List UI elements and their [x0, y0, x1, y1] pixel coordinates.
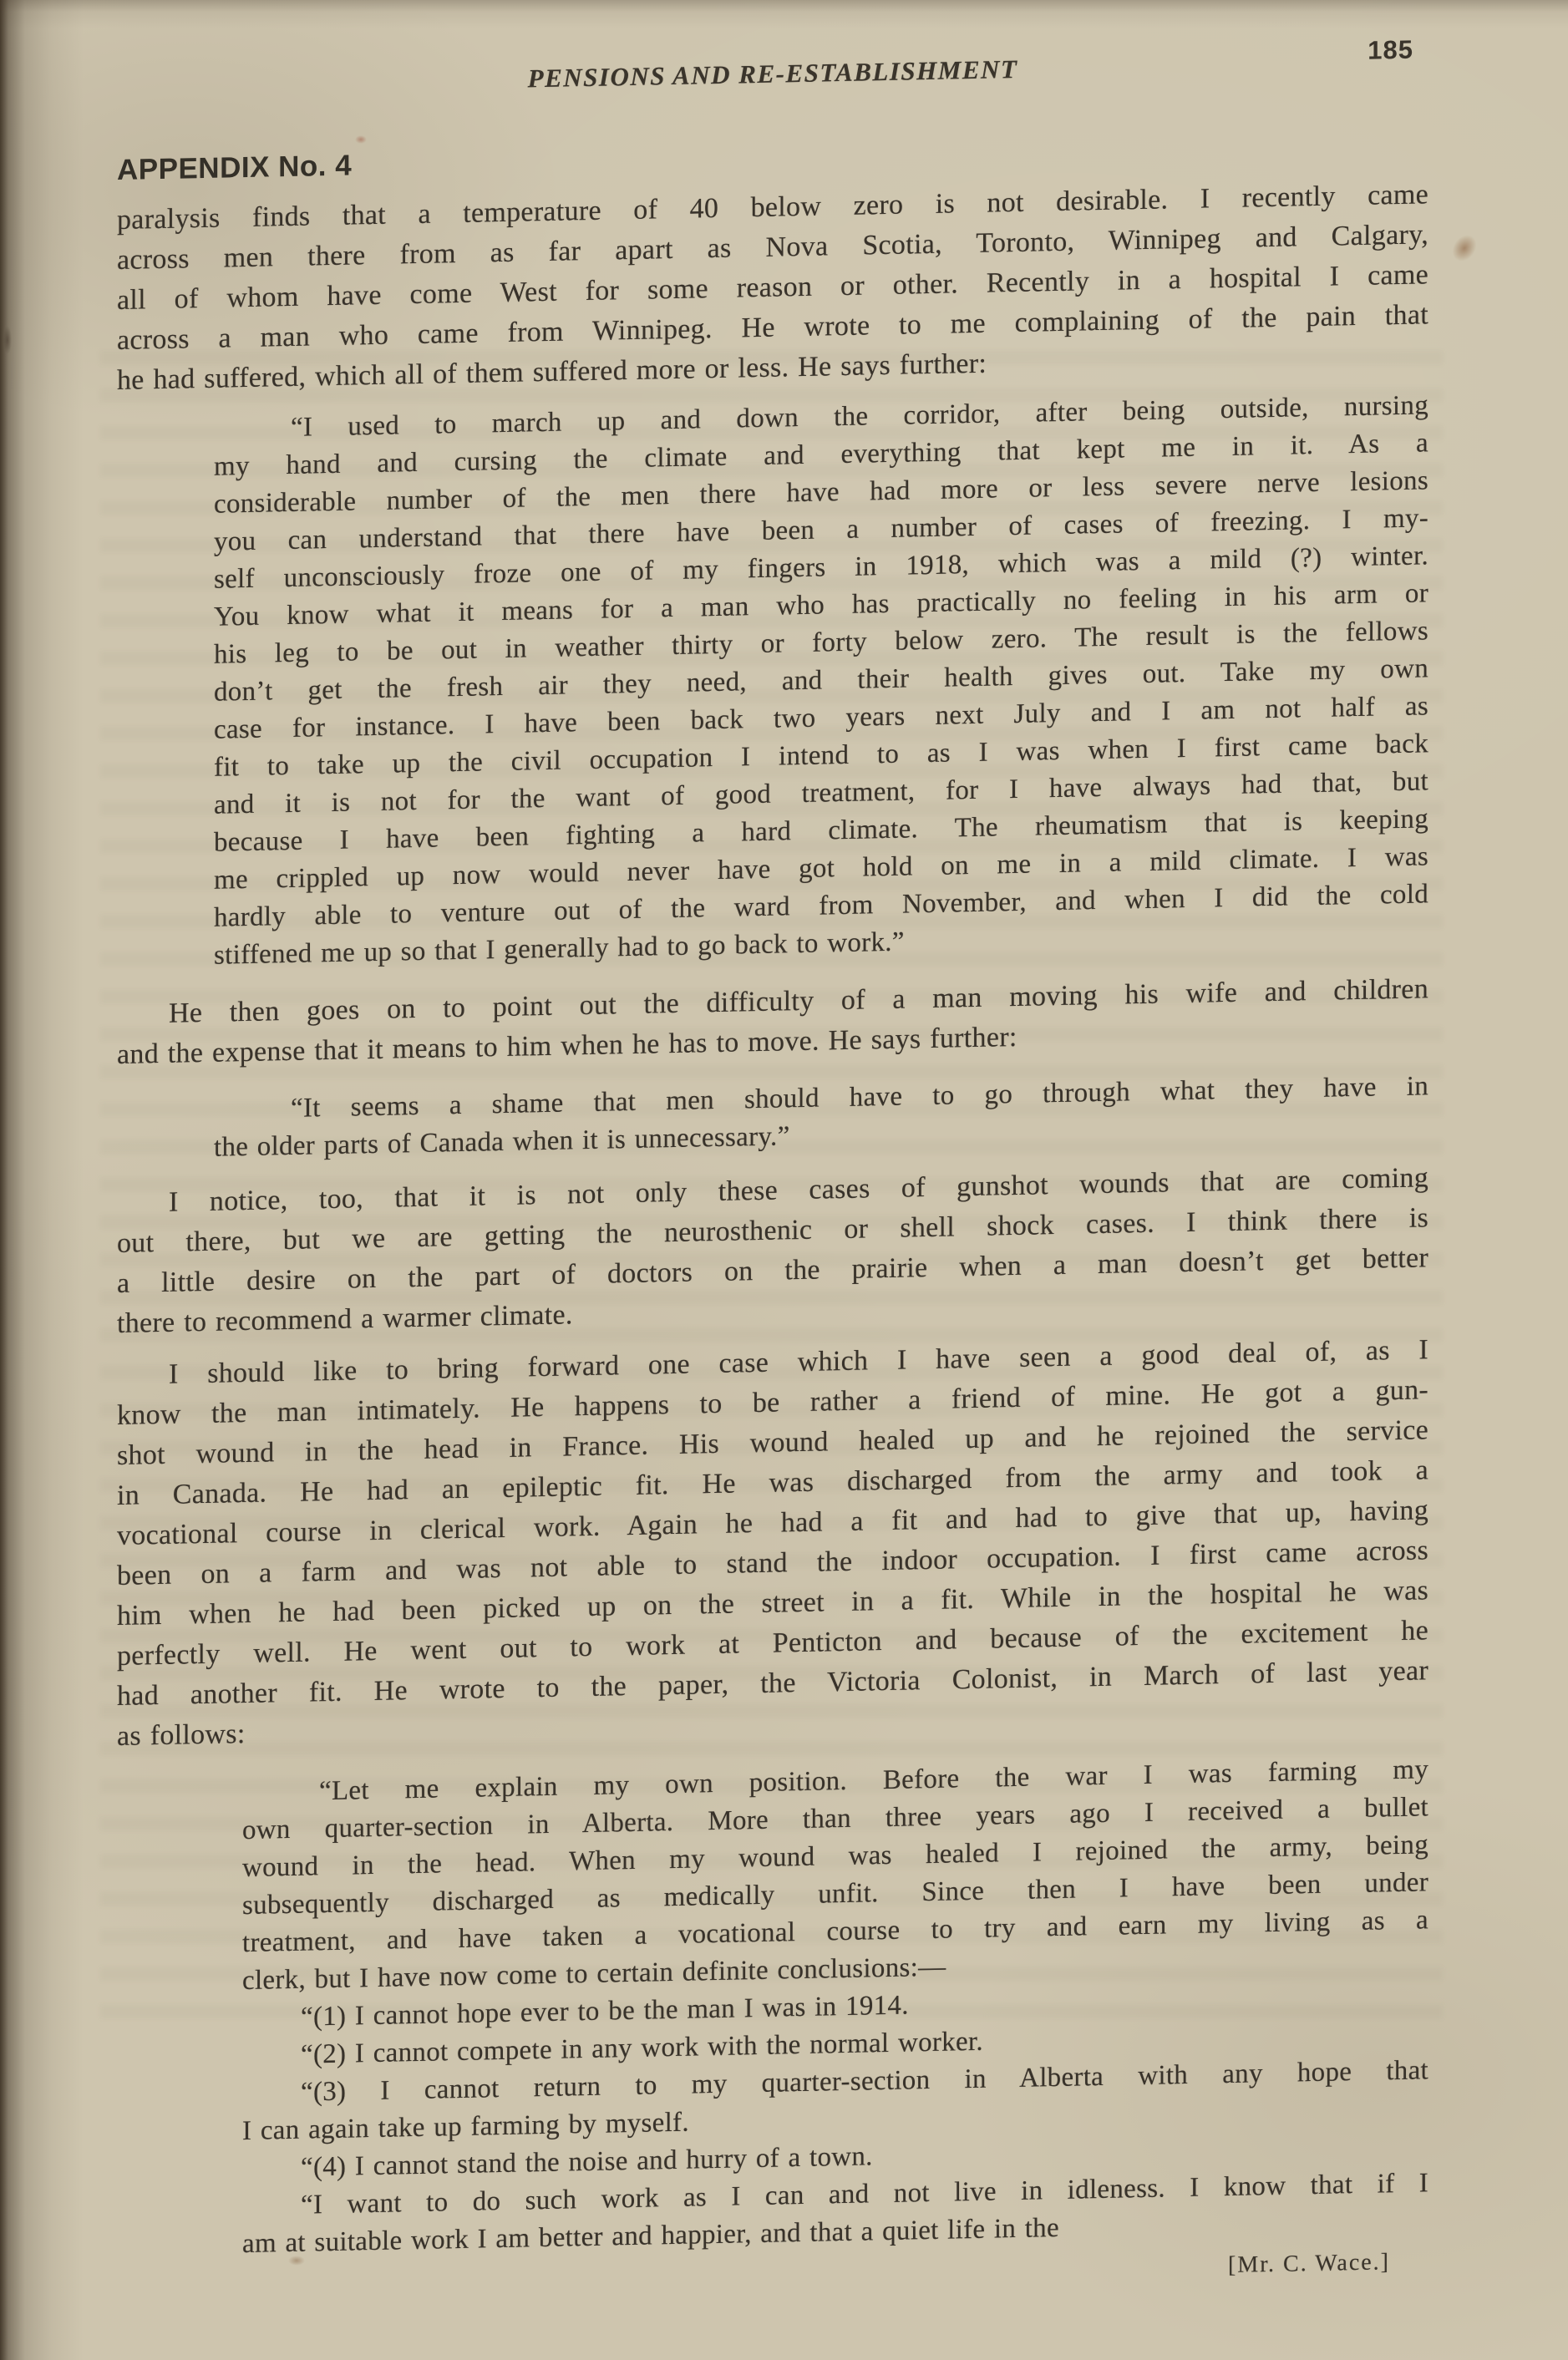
paper-speck [3, 326, 12, 354]
page-content: PENSIONS AND RE-ESTABLISHMENT 185 APPEND… [117, 0, 1428, 2301]
paragraph: I notice, too, that it is not only these… [117, 1158, 1428, 1344]
paper-speck [1448, 231, 1482, 266]
quoted-letter-intro: “Let me explain my own position. Before … [242, 1751, 1428, 2000]
quoted-statement: “It seems a shame that men should have t… [214, 1068, 1428, 1166]
quoted-letter-excerpt: “I used to march up and down the corrido… [214, 387, 1428, 974]
paragraph: He then goes on to point out the difficu… [117, 969, 1428, 1075]
paragraph-continuation: paralysis finds that a temperature of 40… [117, 175, 1428, 401]
page-header: PENSIONS AND RE-ESTABLISHMENT 185 [117, 46, 1428, 107]
running-header-title: PENSIONS AND RE-ESTABLISHMENT [117, 46, 1428, 102]
scanned-book-page: PENSIONS AND RE-ESTABLISHMENT 185 APPEND… [0, 0, 1568, 2360]
page-number: 185 [1368, 35, 1413, 66]
paragraph: I should like to bring forward one case … [117, 1330, 1428, 1757]
